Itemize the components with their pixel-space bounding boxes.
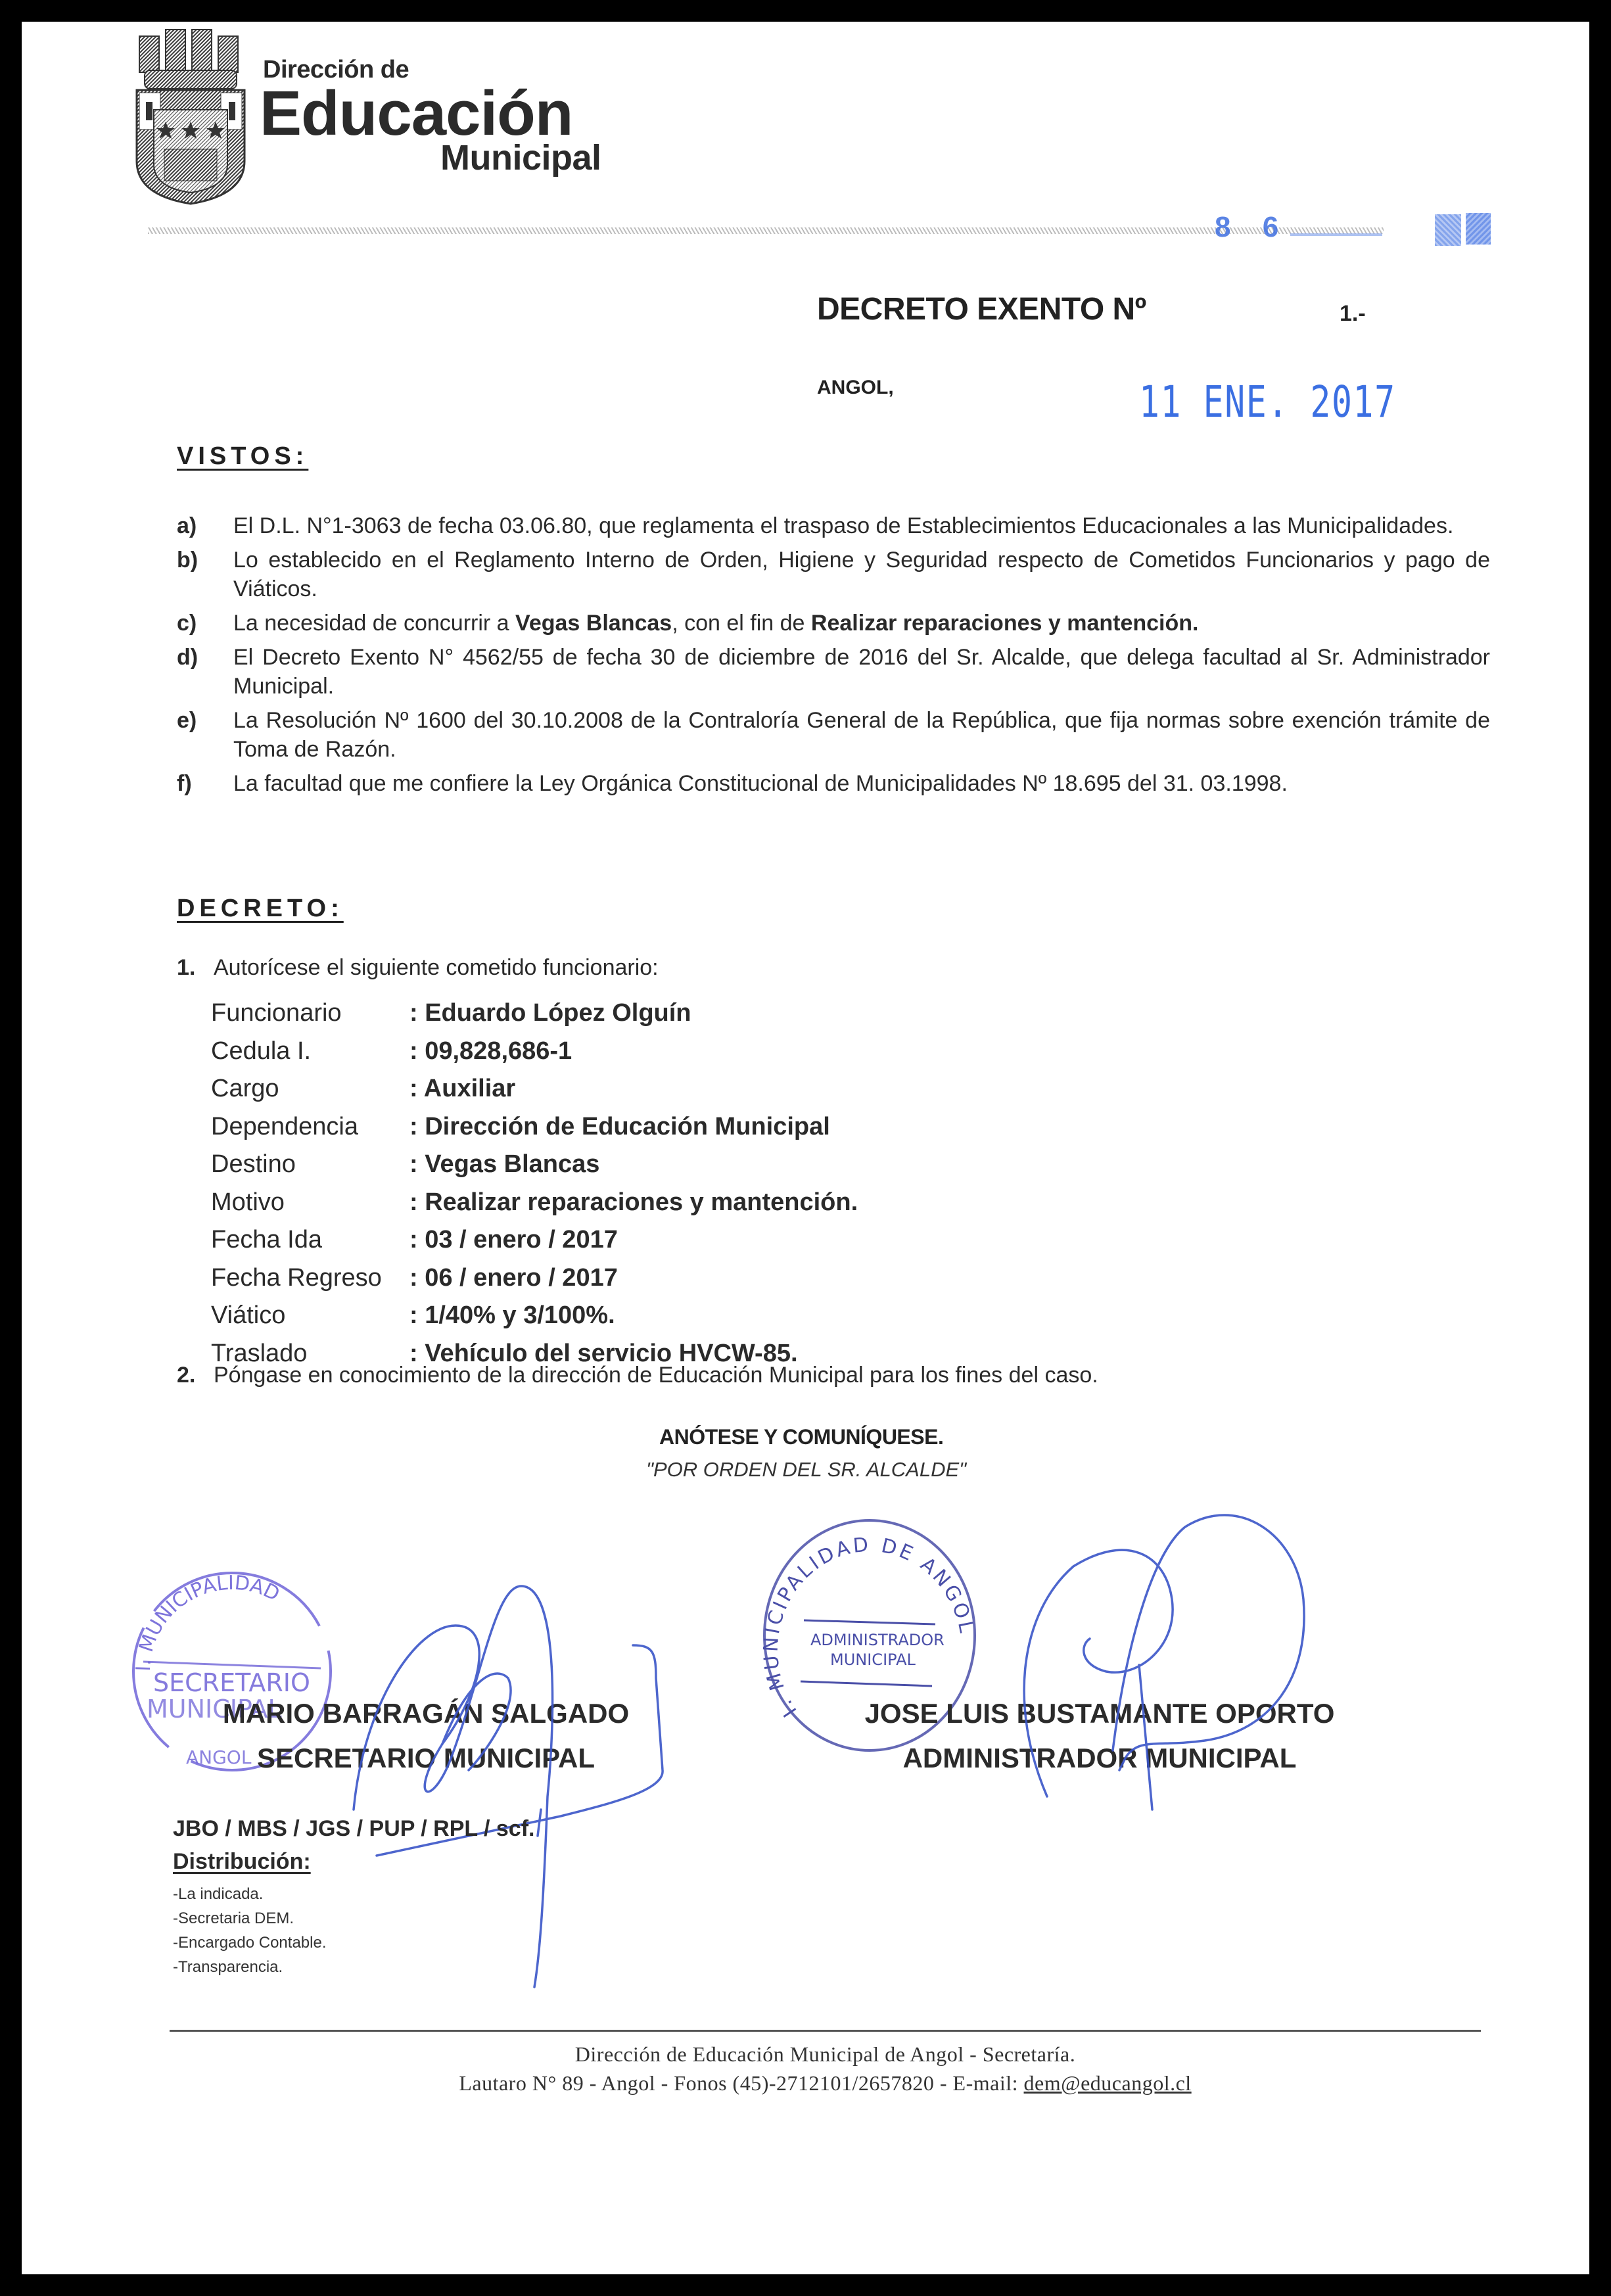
signatory-title: ADMINISTRADOR MUNICIPAL — [810, 1736, 1389, 1781]
seal-text: MUNICIPAL — [830, 1651, 916, 1669]
article-text: Autorícese el siguiente cometido funcion… — [214, 955, 659, 980]
vistos-item: f) La facultad que me confiere la Ley Or… — [177, 769, 1490, 798]
signatory-title: SECRETARIO MUNICIPAL — [199, 1736, 653, 1781]
detail-value: : Vegas Blancas — [409, 1146, 599, 1184]
seal-ring-text: I. MUNICIPALIDAD — [132, 1572, 283, 1672]
header-divider — [148, 227, 1384, 234]
received-stamp: 8 6 — [1215, 211, 1290, 244]
vistos-item: a) El D.L. N°1-3063 de fecha 03.06.80, q… — [177, 511, 1490, 540]
closing-authority: "POR ORDEN DEL SR. ALCALDE" — [646, 1458, 966, 1482]
detail-label: Dependencia — [211, 1108, 409, 1146]
decree-number: 1.- — [1340, 301, 1366, 327]
decree-city: ANGOL, — [817, 377, 894, 399]
detail-label: Fecha Ida — [211, 1221, 409, 1259]
vistos-letter: d) — [177, 643, 233, 701]
document-page: Dirección de Educación Municipal 8 6 DEC… — [22, 22, 1589, 2274]
brand-line-3: Municipal — [440, 140, 601, 176]
detail-row: Viático: 1/40% y 3/100%. — [211, 1297, 858, 1335]
footer: Dirección de Educación Municipal de Ango… — [170, 2040, 1481, 2097]
vistos-letter: c) — [177, 609, 233, 638]
closing-formula: ANÓTESE Y COMUNÍQUESE. — [659, 1425, 943, 1449]
vistos-text: El D.L. N°1-3063 de fecha 03.06.80, que … — [233, 511, 1490, 540]
signatory-name: JOSE LUIS BUSTAMANTE OPORTO — [810, 1691, 1389, 1736]
received-stamp-line — [1290, 233, 1382, 236]
detail-label: Fecha Regreso — [211, 1259, 409, 1298]
vistos-text: El Decreto Exento N° 4562/55 de fecha 30… — [233, 643, 1490, 701]
detail-label: Destino — [211, 1146, 409, 1184]
detail-value: : 06 / enero / 2017 — [409, 1259, 618, 1298]
vistos-list: a) El D.L. N°1-3063 de fecha 03.06.80, q… — [177, 511, 1490, 803]
vistos-text-part: , con el fin de — [672, 611, 811, 636]
detail-row: Dependencia: Dirección de Educación Muni… — [211, 1108, 858, 1146]
detail-value: : Eduardo López Olguín — [409, 995, 691, 1033]
vistos-text: La Resolución Nº 1600 del 30.10.2008 de … — [233, 706, 1490, 764]
vistos-letter: e) — [177, 706, 233, 764]
vistos-text: La facultad que me confiere la Ley Orgán… — [233, 769, 1490, 798]
distribution-list: -La indicada. -Secretaria DEM. -Encargad… — [173, 1882, 326, 1979]
detail-row: Cargo: Auxiliar — [211, 1070, 858, 1108]
destination-highlight: Vegas Blancas — [515, 611, 672, 636]
article-number: 2. — [177, 1363, 214, 1388]
signatory-administrador: JOSE LUIS BUSTAMANTE OPORTO ADMINISTRADO… — [810, 1691, 1389, 1781]
decree-title: DECRETO EXENTO Nº — [817, 291, 1146, 327]
article-number: 1. — [177, 955, 214, 981]
vistos-text-part: La necesidad de concurrir a — [233, 611, 515, 636]
stamp-mark-icon — [1435, 214, 1461, 246]
detail-value: : 03 / enero / 2017 — [409, 1221, 618, 1259]
detail-row: Funcionario: Eduardo López Olguín — [211, 995, 858, 1033]
vistos-letter: b) — [177, 546, 233, 603]
purpose-highlight: Realizar reparaciones y mantención. — [811, 611, 1199, 636]
distribution-item: -Secretaria DEM. — [173, 1906, 326, 1931]
vistos-item: d) El Decreto Exento N° 4562/55 de fecha… — [177, 643, 1490, 701]
signatory-name: MARIO BARRAGÁN SALGADO — [199, 1691, 653, 1736]
footer-address: Lautaro N° 89 - Angol - Fonos (45)-27121… — [459, 2071, 1023, 2095]
detail-value: : Dirección de Educación Municipal — [409, 1108, 830, 1146]
detail-row: Fecha Regreso: 06 / enero / 2017 — [211, 1259, 858, 1298]
vistos-item: e) La Resolución Nº 1600 del 30.10.2008 … — [177, 706, 1490, 764]
detail-value: : Auxiliar — [409, 1070, 515, 1108]
article-2: 2.Póngase en conocimiento de la direcció… — [177, 1363, 1098, 1388]
detail-value: : 1/40% y 3/100%. — [409, 1297, 615, 1335]
detail-value: : Realizar reparaciones y mantención. — [409, 1184, 858, 1222]
assignment-details: Funcionario: Eduardo López Olguín Cedula… — [211, 995, 858, 1372]
vistos-text: La necesidad de concurrir a Vegas Blanca… — [233, 609, 1490, 638]
municipal-coat-of-arms-icon — [131, 23, 250, 207]
detail-label: Viático — [211, 1297, 409, 1335]
footer-line-1: Dirección de Educación Municipal de Ango… — [170, 2040, 1481, 2069]
vistos-letter: f) — [177, 769, 233, 798]
date-stamp: 11 ENE. 2017 — [1139, 377, 1396, 427]
svg-text:I. MUNICIPALIDAD: I. MUNICIPALIDAD — [132, 1572, 283, 1672]
signature-left-icon — [354, 1586, 553, 1987]
distribution-heading: Distribución: — [173, 1849, 311, 1875]
vistos-letter: a) — [177, 511, 233, 540]
vistos-item: b) Lo establecido en el Reglamento Inter… — [177, 546, 1490, 603]
vistos-item: c) La necesidad de concurrir a Vegas Bla… — [177, 609, 1490, 638]
detail-row: Destino: Vegas Blancas — [211, 1146, 858, 1184]
stamp-mark-icon — [1466, 213, 1491, 245]
decreto-heading: DECRETO: — [177, 895, 344, 923]
seal-text: ADMINISTRADOR — [810, 1631, 945, 1649]
detail-row: Motivo: Realizar reparaciones y mantenci… — [211, 1184, 858, 1222]
detail-label: Cargo — [211, 1070, 409, 1108]
distribution-item: -Transparencia. — [173, 1955, 326, 1979]
distribution-item: -Encargado Contable. — [173, 1931, 326, 1955]
detail-label: Funcionario — [211, 995, 409, 1033]
reference-initials: JBO / MBS / JGS / PUP / RPL / scf. — [173, 1816, 534, 1842]
footer-email-link[interactable]: dem@educangol.cl — [1024, 2071, 1192, 2095]
article-text: Póngase en conocimiento de la dirección … — [214, 1363, 1098, 1388]
vistos-heading: VISTOS: — [177, 442, 308, 471]
brand-line-2: Educación — [260, 82, 572, 145]
signatory-secretario: MARIO BARRAGÁN SALGADO SECRETARIO MUNICI… — [199, 1691, 653, 1781]
footer-line-2: Lautaro N° 89 - Angol - Fonos (45)-27121… — [170, 2069, 1481, 2097]
detail-value: : 09,828,686-1 — [409, 1033, 572, 1071]
article-1: 1.Autorícese el siguiente cometido funci… — [177, 955, 659, 981]
detail-row: Cedula I.: 09,828,686-1 — [211, 1033, 858, 1071]
detail-label: Cedula I. — [211, 1033, 409, 1071]
detail-row: Fecha Ida: 03 / enero / 2017 — [211, 1221, 858, 1259]
distribution-item: -La indicada. — [173, 1882, 326, 1906]
detail-label: Motivo — [211, 1184, 409, 1222]
vistos-text: Lo establecido en el Reglamento Interno … — [233, 546, 1490, 603]
footer-divider — [170, 2030, 1481, 2032]
